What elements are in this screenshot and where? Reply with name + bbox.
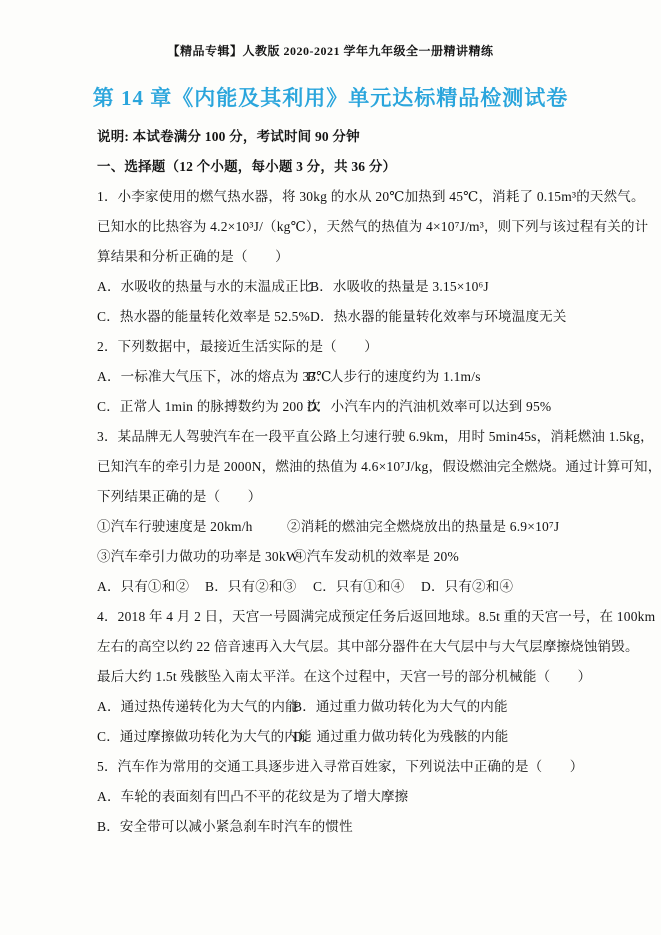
option-c: C．只有①和④	[313, 572, 421, 602]
option-a: A．一标准大气压下，冰的熔点为 37℃	[97, 362, 307, 392]
question-stem-line: 1．小李家使用的燃气热水器，将 30kg 的水从 20℃加热到 45℃，消耗了 …	[97, 182, 571, 212]
question-3: 3．某品牌无人驾驶汽车在一段平直公路上匀速行驶 6.9km，用时 5min45s…	[97, 422, 571, 602]
statement-row: ③汽车牵引力做功的功率是 30kW④汽车发动机的效率是 20%	[97, 542, 571, 572]
option-d: D．小汽车内的汽油机效率可以达到 95%	[307, 392, 551, 422]
statement-2: ②消耗的燃油完全燃烧放出的热量是 6.9×10⁷J	[287, 512, 559, 542]
option-row: C．通过摩擦做功转化为大气的内能D．通过重力做功转化为残骸的内能	[97, 722, 571, 752]
option-row: A．一标准大气压下，冰的熔点为 37℃B．人步行的速度约为 1.1m/s	[97, 362, 571, 392]
question-1: 1．小李家使用的燃气热水器，将 30kg 的水从 20℃加热到 45℃，消耗了 …	[97, 182, 571, 332]
option-b: B．通过重力做功转化为大气的内能	[293, 692, 508, 722]
option-d: D．只有②和④	[421, 572, 513, 602]
option-row: C．正常人 1min 的脉搏数约为 200 次D．小汽车内的汽油机效率可以达到 …	[97, 392, 571, 422]
option-b: B．水吸收的热量是 3.15×10⁶J	[310, 272, 489, 302]
exam-page: 【精品专辑】人教版 2020-2021 学年九年级全一册精讲精练 第 14 章《…	[0, 0, 661, 935]
option-row: C．热水器的能量转化效率是 52.5%D．热水器的能量转化效率与环境温度无关	[97, 302, 571, 332]
question-stem-line: 5．汽车作为常用的交通工具逐步进入寻常百姓家，下列说法中正确的是（ ）	[97, 752, 571, 782]
question-5: 5．汽车作为常用的交通工具逐步进入寻常百姓家，下列说法中正确的是（ ） A．车轮…	[97, 752, 571, 842]
page-title: 第 14 章《内能及其利用》单元达标精品检测试卷	[0, 82, 661, 114]
exam-instructions: 说明: 本试卷满分 100 分，考试时间 90 分钟	[97, 122, 571, 152]
option-row: A．通过热传递转化为大气的内能B．通过重力做功转化为大气的内能	[97, 692, 571, 722]
question-stem-line: 左右的高空以约 22 倍音速再入大气层。其中部分器件在大气层中与大气层摩擦烧蚀销…	[97, 632, 571, 662]
question-stem-line: 已知水的比热容为 4.2×10³J/（kg℃），天然气的热值为 4×10⁷J/m…	[97, 212, 571, 242]
option-c: C．通过摩擦做功转化为大气的内能	[97, 722, 293, 752]
option-c: C．热水器的能量转化效率是 52.5%	[97, 302, 310, 332]
question-stem-line: 3．某品牌无人驾驶汽车在一段平直公路上匀速行驶 6.9km，用时 5min45s…	[97, 422, 571, 452]
question-2: 2．下列数据中，最接近生活实际的是（ ） A．一标准大气压下，冰的熔点为 37℃…	[97, 332, 571, 422]
option-b: B．人步行的速度约为 1.1m/s	[307, 362, 481, 392]
exam-body: 说明: 本试卷满分 100 分，考试时间 90 分钟 一、选择题（12 个小题，…	[0, 122, 661, 842]
option-a: A．通过热传递转化为大气的内能	[97, 692, 293, 722]
statement-4: ④汽车发动机的效率是 20%	[293, 542, 459, 572]
question-stem-line: 已知汽车的牵引力是 2000N，燃油的热值为 4.6×10⁷J/kg，假设燃油完…	[97, 452, 571, 482]
option-b: B．安全带可以减小紧急刹车时汽车的惯性	[97, 812, 571, 842]
option-d: D．热水器的能量转化效率与环境温度无关	[310, 302, 567, 332]
option-a: A．水吸收的热量与水的末温成正比	[97, 272, 310, 302]
statement-1: ①汽车行驶速度是 20km/h	[97, 512, 287, 542]
statement-row: ①汽车行驶速度是 20km/h②消耗的燃油完全燃烧放出的热量是 6.9×10⁷J	[97, 512, 571, 542]
question-4: 4．2018 年 4 月 2 日，天宫一号圆满完成预定任务后返回地球。8.5t …	[97, 602, 571, 752]
option-a: A．只有①和②	[97, 572, 205, 602]
question-stem-line: 最后大约 1.5t 残骸坠入南太平洋。在这个过程中，天宫一号的部分机械能（ ）	[97, 662, 571, 692]
option-c: C．正常人 1min 的脉搏数约为 200 次	[97, 392, 307, 422]
page-header: 【精品专辑】人教版 2020-2021 学年九年级全一册精讲精练	[0, 0, 661, 60]
question-stem-line: 下列结果正确的是（ ）	[97, 482, 571, 512]
question-stem-line: 2．下列数据中，最接近生活实际的是（ ）	[97, 332, 571, 362]
section-heading: 一、选择题（12 个小题，每小题 3 分，共 36 分）	[97, 152, 571, 182]
option-b: B．只有②和③	[205, 572, 313, 602]
answer-choices-row: A．只有①和②B．只有②和③C．只有①和④D．只有②和④	[97, 572, 571, 602]
option-row: A．水吸收的热量与水的末温成正比B．水吸收的热量是 3.15×10⁶J	[97, 272, 571, 302]
statement-3: ③汽车牵引力做功的功率是 30kW	[97, 542, 293, 572]
option-d: D．通过重力做功转化为残骸的内能	[293, 722, 508, 752]
question-stem-line: 4．2018 年 4 月 2 日，天宫一号圆满完成预定任务后返回地球。8.5t …	[97, 602, 571, 632]
question-stem-line: 算结果和分析正确的是（ ）	[97, 242, 571, 272]
option-a: A．车轮的表面刻有凹凸不平的花纹是为了增大摩擦	[97, 782, 571, 812]
